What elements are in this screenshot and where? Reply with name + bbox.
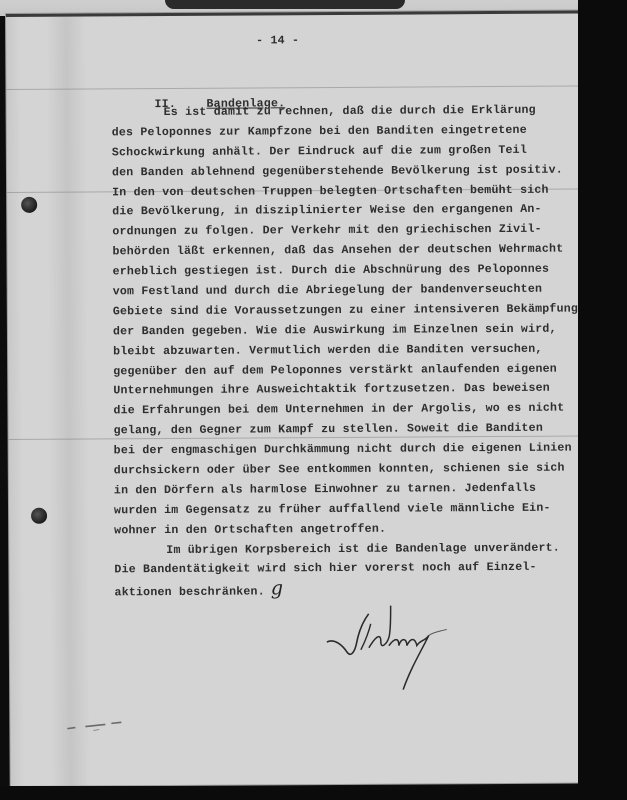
text-line: durchsickern oder über See entkommen kon… xyxy=(114,459,579,482)
text-line-content: bleibt abzuwarten. Vermutlich werden die… xyxy=(113,342,543,358)
handwritten-mark: g xyxy=(271,578,284,600)
scan-border-bottom xyxy=(0,786,627,800)
punch-hole-icon xyxy=(31,508,47,524)
page-crease xyxy=(6,86,578,90)
text-line: Es ist damit zu rechnen, daß die durch d… xyxy=(112,101,577,124)
text-line: in den Dörfern als harmlose Einwohner zu… xyxy=(114,478,579,501)
signature-icon xyxy=(325,601,456,702)
document-body: Es ist damit zu rechnen, daß die durch d… xyxy=(112,101,580,601)
text-line-content: aktionen beschränken. xyxy=(115,586,265,600)
text-line-content: den Banden ablehnend gegenüberstehende B… xyxy=(112,163,563,179)
text-line: Die Bandentätigkeit wird sich hier vorer… xyxy=(114,558,579,581)
text-line-content: gegenüber den auf dem Peloponnes verstär… xyxy=(113,362,557,378)
text-line-content: der Banden gegeben. Wie die Auswirkung i… xyxy=(113,322,557,338)
document-page: - 14 - II.Bandenlage. Es ist damit zu re… xyxy=(6,11,583,786)
text-line-content: Im übrigen Korpsbereich ist die Bandenla… xyxy=(166,541,560,556)
text-line: bleibt abzuwarten. Vermutlich werden die… xyxy=(113,339,578,362)
text-line-content: bei der engmaschigen Durchkämmung nicht … xyxy=(114,442,572,458)
text-line-content: Es ist damit zu rechnen, daß die durch d… xyxy=(164,104,536,119)
text-line-content: In den von deutschen Truppen belegten Or… xyxy=(112,183,549,199)
text-line: wurden im Gegensatz zu früher auffallend… xyxy=(114,498,579,521)
text-line: Gebiete sind die Voraussetzungen zu eine… xyxy=(113,299,578,322)
text-line-content: Die Bandentätigkeit wird sich hier vorer… xyxy=(114,561,536,577)
punch-hole-icon xyxy=(21,197,37,213)
text-line-content: Unternehmungen ihre Ausweichtaktik fortz… xyxy=(113,382,550,398)
text-line-content: gelang, den Gegner zum Kampf zu stellen.… xyxy=(114,422,544,438)
text-line: vom Festland und durch die Abriegelung d… xyxy=(113,280,578,303)
text-line-content: Schockwirkung anhält. Der Eindruck auf d… xyxy=(112,144,527,160)
text-line-content: ordnungen zu folgen. Der Verkehr mit den… xyxy=(112,223,542,239)
text-line-content: in den Dörfern als harmlose Einwohner zu… xyxy=(114,482,536,498)
page-number: - 14 - xyxy=(256,34,299,47)
text-line: des Peloponnes zur Kampfzone bei den Ban… xyxy=(112,120,577,143)
text-line-content: die Erfahrungen bei dem Unternehmen in d… xyxy=(113,402,564,418)
text-line: aktionen beschränken.g xyxy=(114,578,579,601)
text-line-content: Gebiete sind die Voraussetzungen zu eine… xyxy=(113,302,578,318)
scan-border-right xyxy=(578,0,627,800)
text-line: Schockwirkung anhält. Der Eindruck auf d… xyxy=(112,140,577,163)
text-line: der Banden gegeben. Wie die Auswirkung i… xyxy=(113,319,578,342)
text-line: den Banden ablehnend gegenüberstehende B… xyxy=(112,160,577,183)
text-line-content: erheblich gestiegen ist. Durch die Absch… xyxy=(113,263,550,279)
text-line-content: des Peloponnes zur Kampfzone bei den Ban… xyxy=(112,124,527,140)
scanned-document: - 14 - II.Bandenlage. Es ist damit zu re… xyxy=(0,0,627,800)
text-line-content: durchsickern oder über See entkommen kon… xyxy=(114,462,565,478)
text-line-content: wohner in den Ortschaften angetroffen. xyxy=(114,522,386,537)
text-line-content: wurden im Gegensatz zu früher auffallend… xyxy=(114,501,551,517)
binder-clip xyxy=(165,0,405,9)
text-line-content: vom Festland und durch die Abriegelung d… xyxy=(113,283,543,299)
text-line-content: behörden läßt erkennen, daß das Ansehen … xyxy=(112,243,563,259)
text-line-content: die Bevölkerung, in disziplinierter Weis… xyxy=(112,203,542,219)
ink-smudge xyxy=(65,719,145,733)
